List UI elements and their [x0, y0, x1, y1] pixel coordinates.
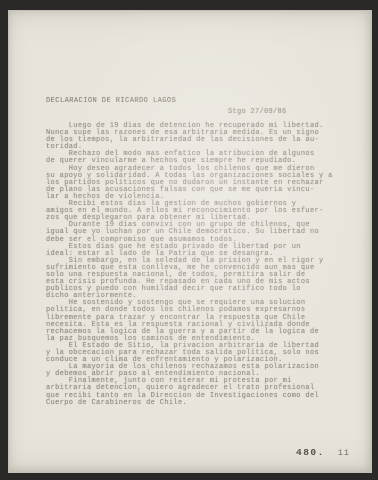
text-line: de los tiempos, la arbitrariedad de las …: [46, 137, 346, 144]
archive-stamp: 480. 11: [296, 447, 350, 458]
scan-background: DECLARACION DE RICARDO LAGOS Stgo 27/09/…: [0, 0, 378, 480]
document-dateline: Stgo 27/09/86: [228, 108, 346, 116]
document-page: DECLARACION DE RICARDO LAGOS Stgo 27/09/…: [8, 10, 372, 473]
document-body: Luego de 19 dias de detencion he recuper…: [46, 123, 346, 407]
document-title: DECLARACION DE RICARDO LAGOS: [46, 97, 346, 105]
document-content: DECLARACION DE RICARDO LAGOS Stgo 27/09/…: [46, 97, 346, 407]
archive-stamp-page: 11: [338, 448, 350, 458]
text-line: Cuerpo de Carabineros de Chile.: [46, 400, 346, 407]
archive-stamp-number: 480.: [296, 447, 325, 458]
